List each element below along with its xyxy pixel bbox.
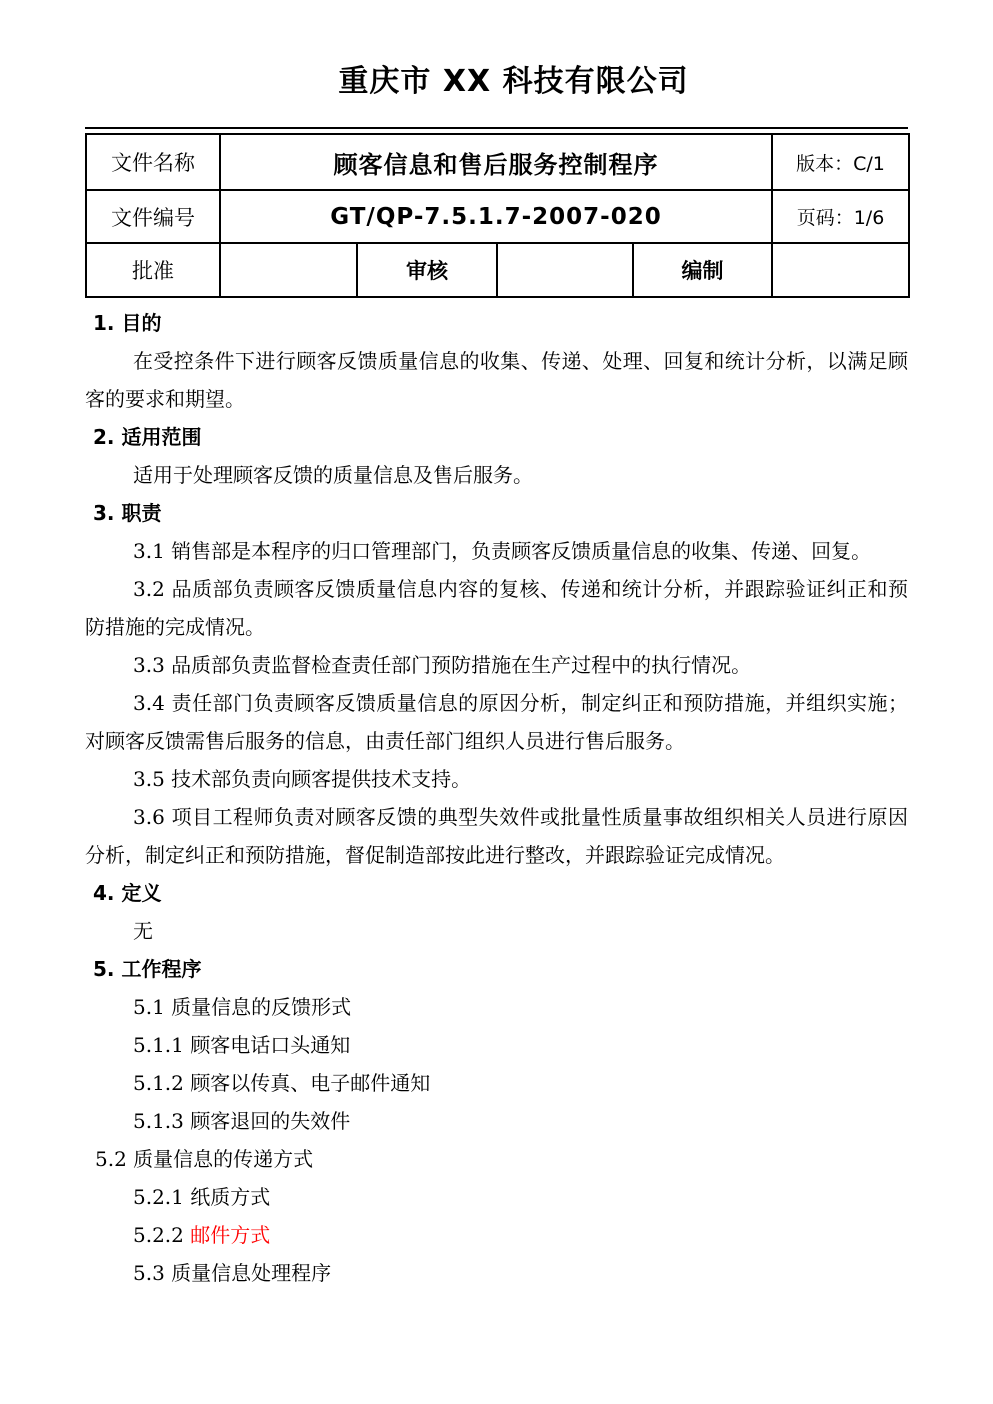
body-line: 对顾客反馈需售后服务的信息，由责任部门组织人员进行售后服务。 bbox=[85, 722, 908, 760]
section-heading-procedure: 5. 工作程序 bbox=[85, 950, 908, 988]
approve-label: 批准 bbox=[86, 243, 220, 297]
title-rule bbox=[85, 127, 908, 129]
body-line: 5.2.1 纸质方式 bbox=[85, 1178, 908, 1216]
prepare-signature-cell bbox=[772, 243, 909, 297]
company-title: 重庆市 XX 科技有限公司 bbox=[0, 0, 993, 102]
body-line: 无 bbox=[85, 912, 908, 950]
version-info: 版本：C/1 bbox=[772, 134, 909, 190]
body-line: 3.6 项目工程师负责对顾客反馈的典型失效件或批量性质量事故组织相关人员进行原因 bbox=[85, 798, 908, 836]
body-line: 5.1 质量信息的反馈形式 bbox=[85, 988, 908, 1026]
body-line: 分析，制定纠正和预防措施，督促制造部按此进行整改，并跟踪验证完成情况。 bbox=[85, 836, 908, 874]
body-line: 3.1 销售部是本程序的归口管理部门，负责顾客反馈质量信息的收集、传递、回复。 bbox=[85, 532, 908, 570]
email-method-red-text: 邮件方式 bbox=[190, 1223, 270, 1247]
body-line: 5.3 质量信息处理程序 bbox=[85, 1254, 908, 1292]
document-page: 重庆市 XX 科技有限公司 文件名称 顾客信息和售后服务控制程序 版本：C/1 … bbox=[0, 0, 993, 1404]
body-line: 5.2 质量信息的传递方式 bbox=[85, 1140, 908, 1178]
section-heading-definitions: 4. 定义 bbox=[85, 874, 908, 912]
page-info: 页码：1/6 bbox=[772, 190, 909, 243]
doc-title: 顾客信息和售后服务控制程序 bbox=[220, 134, 772, 190]
body-line: 客的要求和期望。 bbox=[85, 380, 908, 418]
body-line: 5.1.3 顾客退回的失效件 bbox=[85, 1102, 908, 1140]
doc-name-label: 文件名称 bbox=[86, 134, 220, 190]
body-line-email-method: 5.2.2 邮件方式 bbox=[85, 1216, 908, 1254]
body-line: 3.5 技术部负责向顾客提供技术支持。 bbox=[85, 760, 908, 798]
body-line: 在受控条件下进行顾客反馈质量信息的收集、传递、处理、回复和统计分析，以满足顾 bbox=[85, 342, 908, 380]
approve-signature-cell bbox=[220, 243, 357, 297]
section-heading-scope: 2. 适用范围 bbox=[85, 418, 908, 456]
review-label: 审核 bbox=[357, 243, 497, 297]
body-line: 3.3 品质部负责监督检查责任部门预防措施在生产过程中的执行情况。 bbox=[85, 646, 908, 684]
body-line: 5.1.1 顾客电话口头通知 bbox=[85, 1026, 908, 1064]
section-heading-purpose: 1. 目的 bbox=[85, 304, 908, 342]
review-signature-cell bbox=[497, 243, 633, 297]
body-line: 3.2 品质部负责顾客反馈质量信息内容的复核、传递和统计分析，并跟踪验证纠正和预 bbox=[85, 570, 908, 608]
section-heading-duties: 3. 职责 bbox=[85, 494, 908, 532]
body-line-number: 5.2.2 bbox=[133, 1223, 190, 1247]
document-body: 1. 目的 在受控条件下进行顾客反馈质量信息的收集、传递、处理、回复和统计分析，… bbox=[85, 304, 908, 1292]
doc-number-label: 文件编号 bbox=[86, 190, 220, 243]
body-line: 适用于处理顾客反馈的质量信息及售后服务。 bbox=[85, 456, 908, 494]
body-line: 5.1.2 顾客以传真、电子邮件通知 bbox=[85, 1064, 908, 1102]
doc-number: GT/QP-7.5.1.7-2007-020 bbox=[220, 190, 772, 243]
body-line: 3.4 责任部门负责顾客反馈质量信息的原因分析，制定纠正和预防措施，并组织实施； bbox=[85, 684, 908, 722]
prepare-label: 编制 bbox=[633, 243, 772, 297]
document-header-table: 文件名称 顾客信息和售后服务控制程序 版本：C/1 文件编号 GT/QP-7.5… bbox=[85, 133, 910, 298]
body-line: 防措施的完成情况。 bbox=[85, 608, 908, 646]
